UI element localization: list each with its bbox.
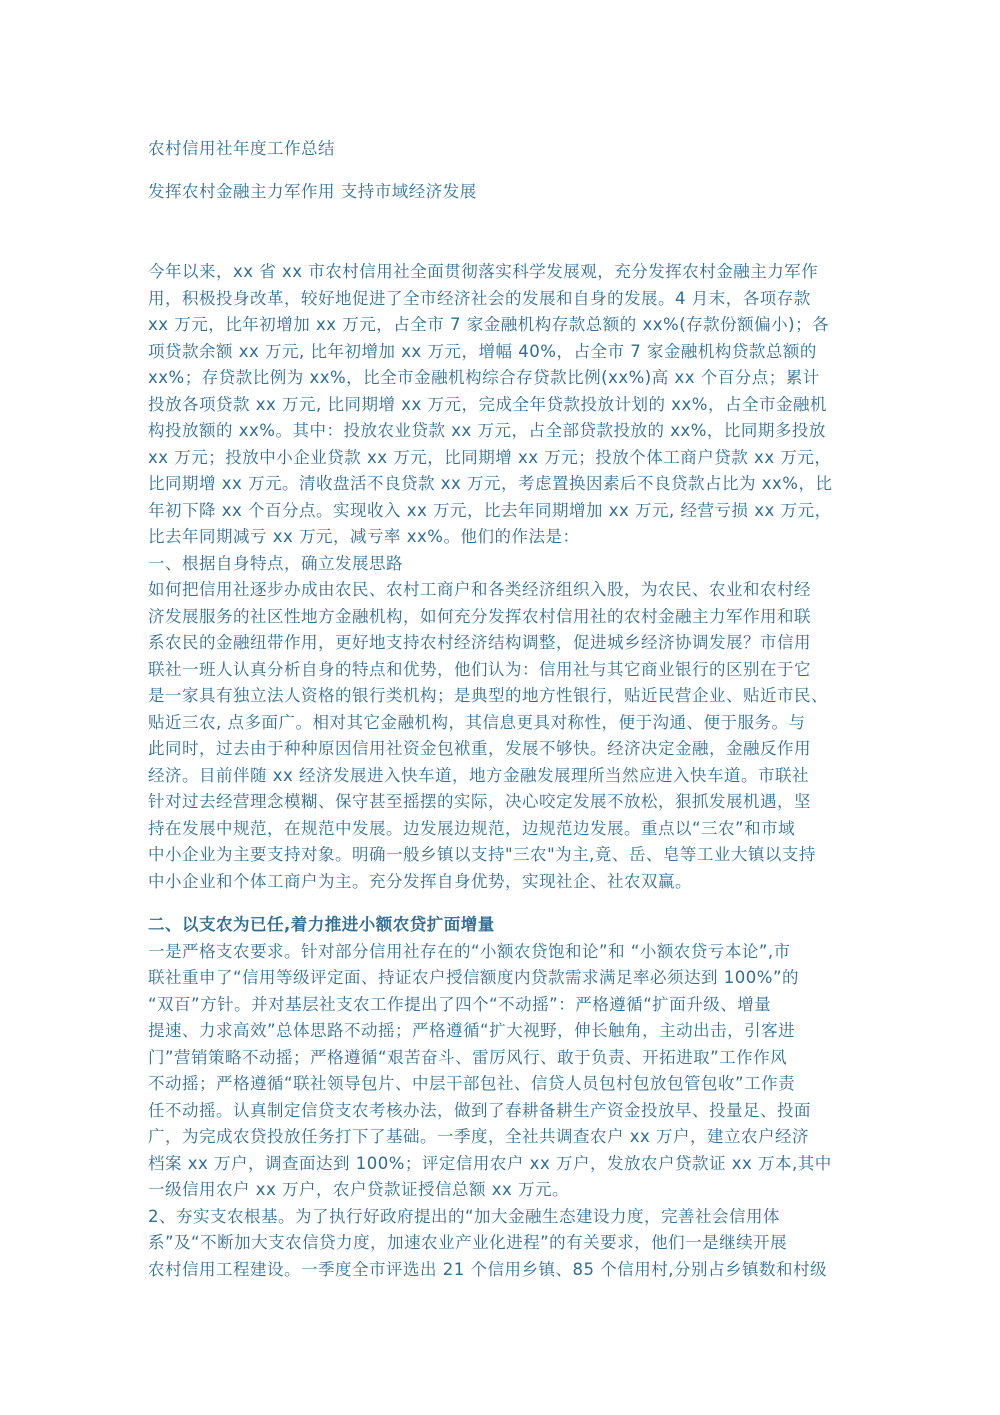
text-line: 用，积极投身改革，较好地促进了全市经济社会的发展和自身的发展。4 月末，各项存款 — [148, 286, 850, 313]
text-line: 任不动摇。认真制定信贷支农考核办法，做到了春耕备耕生产资金投放早、投量足、投面 — [148, 1098, 850, 1125]
text-line: 一级信用农户 xx 万户，农户贷款证授信总额 xx 万元。 — [148, 1177, 850, 1204]
text-line: xx 万元，比年初增加 xx 万元，占全市 7 家金融机构存款总额的 xx%(存… — [148, 312, 850, 339]
text-line: 提速、力求高效”总体思路不动摇；严格遵循“扩大视野，伸长触角，主动出击，引客进 — [148, 1018, 850, 1045]
text-line: xx%；存贷款比例为 xx%，比全市金融机构综合存贷款比例(xx%)高 xx 个… — [148, 365, 850, 392]
section-heading: 二、以支农为已任,着力推进小额农贷扩面增量 — [148, 912, 850, 939]
text-line: 不动摇；严格遵循“联社领导包片、中层干部包社、信贷人员包村包放包管包收”工作责 — [148, 1071, 850, 1098]
document-subtitle: 发挥农村金融主力军作用 支持市域经济发展 — [148, 179, 850, 206]
section-heading-block: 二、以支农为已任,着力推进小额农贷扩面增量 — [148, 912, 850, 939]
paragraph-block: 如何把信用社逐步办成由农民、农村工商户和各类经济组织入股，为农民、农业和农村经济… — [148, 577, 850, 895]
text-line: 济发展服务的社区性地方金融机构，如何充分发挥农村信用社的农村金融主力军作用和联 — [148, 604, 850, 631]
text-line: 持在发展中规范，在规范中发展。边发展边规范，边规范边发展。重点以“三农”和市域 — [148, 816, 850, 843]
text-line: 如何把信用社逐步办成由农民、农村工商户和各类经济组织入股，为农民、农业和农村经 — [148, 577, 850, 604]
text-line: 一是严格支农要求。针对部分信用社存在的“小额农贷饱和论”和 “小额农贷亏本论”,… — [148, 939, 850, 966]
section-heading-block: 一、根据自身特点，确立发展思路 — [148, 551, 850, 578]
text-line: 此同时，过去由于种种原因信用社资金包袱重，发展不够快。经济决定金融，金融反作用 — [148, 736, 850, 763]
text-line: 广，为完成农贷投放任务打下了基础。一季度，全社共调查农户 xx 万户，建立农户经… — [148, 1124, 850, 1151]
text-line: 档案 xx 万户，调查面达到 100%；评定信用农户 xx 万户，发放农户贷款证… — [148, 1151, 850, 1178]
document-title: 农村信用社年度工作总结 — [148, 136, 850, 163]
text-line: 中小企业和个体工商户为主。充分发挥自身优势，实现社企、社农双赢。 — [148, 869, 850, 896]
paragraph-block: 一是严格支农要求。针对部分信用社存在的“小额农贷饱和论”和 “小额农贷亏本论”,… — [148, 939, 850, 1284]
text-line: 系农民的金融纽带作用，更好地支持农村经济结构调整，促进城乡经济协调发展？市信用 — [148, 630, 850, 657]
document-body: 今年以来，xx 省 xx 市农村信用社全面贯彻落实科学发展观，充分发挥农村金融主… — [148, 259, 850, 1283]
text-line: “双百”方针。并对基层社支农工作提出了四个“不动摇”：严格遵循“扩面升级、增量 — [148, 992, 850, 1019]
text-line: 联社重申了“信用等级评定面、持证农户授信额度内贷款需求满足率必须达到 100%”… — [148, 965, 850, 992]
text-line: 2、夯实支农根基。为了执行好政府提出的“加大金融生态建设力度，完善社会信用体 — [148, 1204, 850, 1231]
text-line: 针对过去经营理念模糊、保守甚至摇摆的实际，决心咬定发展不放松，狠抓发展机遇，坚 — [148, 789, 850, 816]
document-page: 农村信用社年度工作总结 发挥农村金融主力军作用 支持市域经济发展 今年以来，xx… — [0, 0, 1000, 1415]
section-heading: 一、根据自身特点，确立发展思路 — [148, 551, 850, 578]
text-line: 构投放额的 xx%。其中：投放农业贷款 xx 万元，占全部贷款投放的 xx%，比… — [148, 418, 850, 445]
text-line: 系”及“不断加大支农信贷力度，加速农业产业化进程”的有关要求，他们一是继续开展 — [148, 1230, 850, 1257]
text-line: 联社一班人认真分析自身的特点和优势，他们认为：信用社与其它商业银行的区别在于它 — [148, 657, 850, 684]
text-line: xx 万元；投放中小企业贷款 xx 万元，比同期增 xx 万元；投放个体工商户贷… — [148, 445, 850, 472]
text-line: 比去年同期减亏 xx 万元，减亏率 xx%。他们的作法是： — [148, 524, 850, 551]
text-line: 经济。目前伴随 xx 经济发展进入快车道，地方金融发展理所当然应进入快车道。市联… — [148, 763, 850, 790]
text-line: 贴近三农, 点多面广。相对其它金融机构，其信息更具对称性，便于沟通、便于服务。与 — [148, 710, 850, 737]
text-line: 项贷款余额 xx 万元, 比年初增加 xx 万元，增幅 40%，占全市 7 家金… — [148, 339, 850, 366]
text-line: 门”营销策略不动摇；严格遵循“艰苦奋斗、雷厉风行、敢于负责、开拓进取”工作作风 — [148, 1045, 850, 1072]
text-line: 农村信用工程建设。一季度全市评选出 21 个信用乡镇、85 个信用村,分别占乡镇… — [148, 1257, 850, 1284]
text-line: 年初下降 xx 个百分点。实现收入 xx 万元，比去年同期增加 xx 万元, 经… — [148, 498, 850, 525]
text-line: 中小企业为主要支持对象。明确一般乡镇以支持"三农"为主,竟、岳、皂等工业大镇以支… — [148, 842, 850, 869]
text-line: 是一家具有独立法人资格的银行类机构；是典型的地方性银行，贴近民营企业、贴近市民、 — [148, 683, 850, 710]
text-line: 今年以来，xx 省 xx 市农村信用社全面贯彻落实科学发展观，充分发挥农村金融主… — [148, 259, 850, 286]
text-line: 投放各项贷款 xx 万元, 比同期增 xx 万元，完成全年贷款投放计划的 xx%… — [148, 392, 850, 419]
paragraph-block: 今年以来，xx 省 xx 市农村信用社全面贯彻落实科学发展观，充分发挥农村金融主… — [148, 259, 850, 551]
text-line: 比同期增 xx 万元。清收盘活不良贷款 xx 万元，考虑置换因素后不良贷款占比为… — [148, 471, 850, 498]
